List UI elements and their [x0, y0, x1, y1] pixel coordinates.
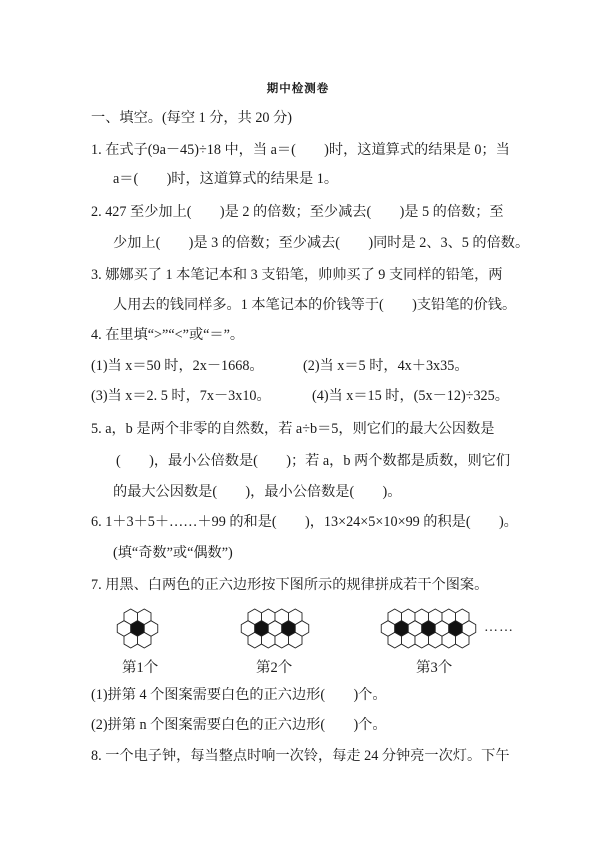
question-8-line-1: 8. 一个电子钟，每当整点时响一次铃，每走 24 分钟亮一次灯。下午 — [91, 747, 510, 765]
hexagon-pattern-1 — [116, 608, 159, 654]
question-3-line-2: 人用去的钱同样多。1 本笔记本的价钱等于( )支铅笔的价钱。 — [113, 296, 516, 314]
hexagon-white — [261, 632, 275, 648]
question-2-line-2: 少加上( )是 3 的倍数；至少减去( )同时是 2、3、5 的倍数。 — [113, 234, 529, 252]
hexagon-white — [442, 632, 456, 648]
question-4-line-1: 4. 在里填“>”“<”或“＝”。 — [91, 326, 244, 344]
ellipsis: …… — [484, 620, 514, 636]
hexagon-white — [275, 632, 289, 648]
hexagon-white — [124, 632, 138, 648]
hexagon-white — [401, 632, 415, 648]
question-5-line-1: 5. a，b 是两个非零的自然数，若 a÷b＝5，则它们的最大公因数是 — [91, 420, 494, 438]
question-4-sub-3: (3)当 x＝2. 5 时，7x－3x10。 — [91, 387, 271, 405]
question-1-line-1: 1. 在式子(9a－45)÷18 中，当 a＝( )时，这道算式的结果是 0；当 — [91, 141, 510, 159]
question-7-sub-2: (2)拼第 n 个图案需要白色的正六边形( )个。 — [91, 716, 387, 734]
question-6-line-2: (填“奇数”或“偶数”) — [113, 544, 233, 562]
figure-label-2: 第2个 — [256, 656, 292, 677]
question-4-sub-1: (1)当 x＝50 时，2x－1668。 — [91, 357, 264, 375]
figure-label-3: 第3个 — [416, 656, 452, 677]
question-1-line-2: a＝( )时，这道算式的结果是 1。 — [113, 170, 338, 188]
hexagon-white — [415, 632, 429, 648]
section-heading: 一、填空。(每空 1 分，共 20 分) — [91, 109, 292, 127]
figure-label-1: 第1个 — [122, 656, 158, 677]
question-4-sub-2: (2)当 x＝5 时，4x＋3x35。 — [303, 357, 469, 375]
hexagon-white — [138, 632, 152, 648]
page-title: 期中检测卷 — [0, 80, 596, 96]
question-2-line-1: 2. 427 至少加上( )是 2 的倍数；至少减去( )是 5 的倍数；至 — [91, 203, 504, 221]
question-5-line-3: 的最大公因数是( )，最小公倍数是( )。 — [113, 483, 401, 501]
question-4-sub-4: (4)当 x＝15 时，(5x－12)÷325。 — [312, 387, 509, 405]
question-5-line-2: ( )，最小公倍数是( )；若 a，b 两个数都是质数，则它们 — [116, 452, 510, 470]
hexagon-white — [429, 632, 443, 648]
hexagon-white — [289, 632, 303, 648]
hexagon-white — [248, 632, 262, 648]
question-7-line-1: 7. 用黑、白两色的正六边形按下图所示的规律拼成若干个图案。 — [91, 576, 488, 594]
question-3-line-1: 3. 娜娜买了 1 本笔记本和 3 支铅笔，帅帅买了 9 支同样的铅笔，两 — [91, 266, 502, 284]
question-6-line-1: 6. 1＋3＋5＋……＋99 的和是( )，13×24×5×10×99 的积是(… — [91, 513, 518, 531]
hexagon-white — [388, 632, 402, 648]
hexagon-white — [456, 632, 470, 648]
question-7-sub-1: (1)拼第 4 个图案需要白色的正六边形( )个。 — [91, 686, 387, 704]
hexagon-pattern-3 — [380, 608, 477, 654]
hexagon-pattern-2 — [240, 608, 310, 654]
